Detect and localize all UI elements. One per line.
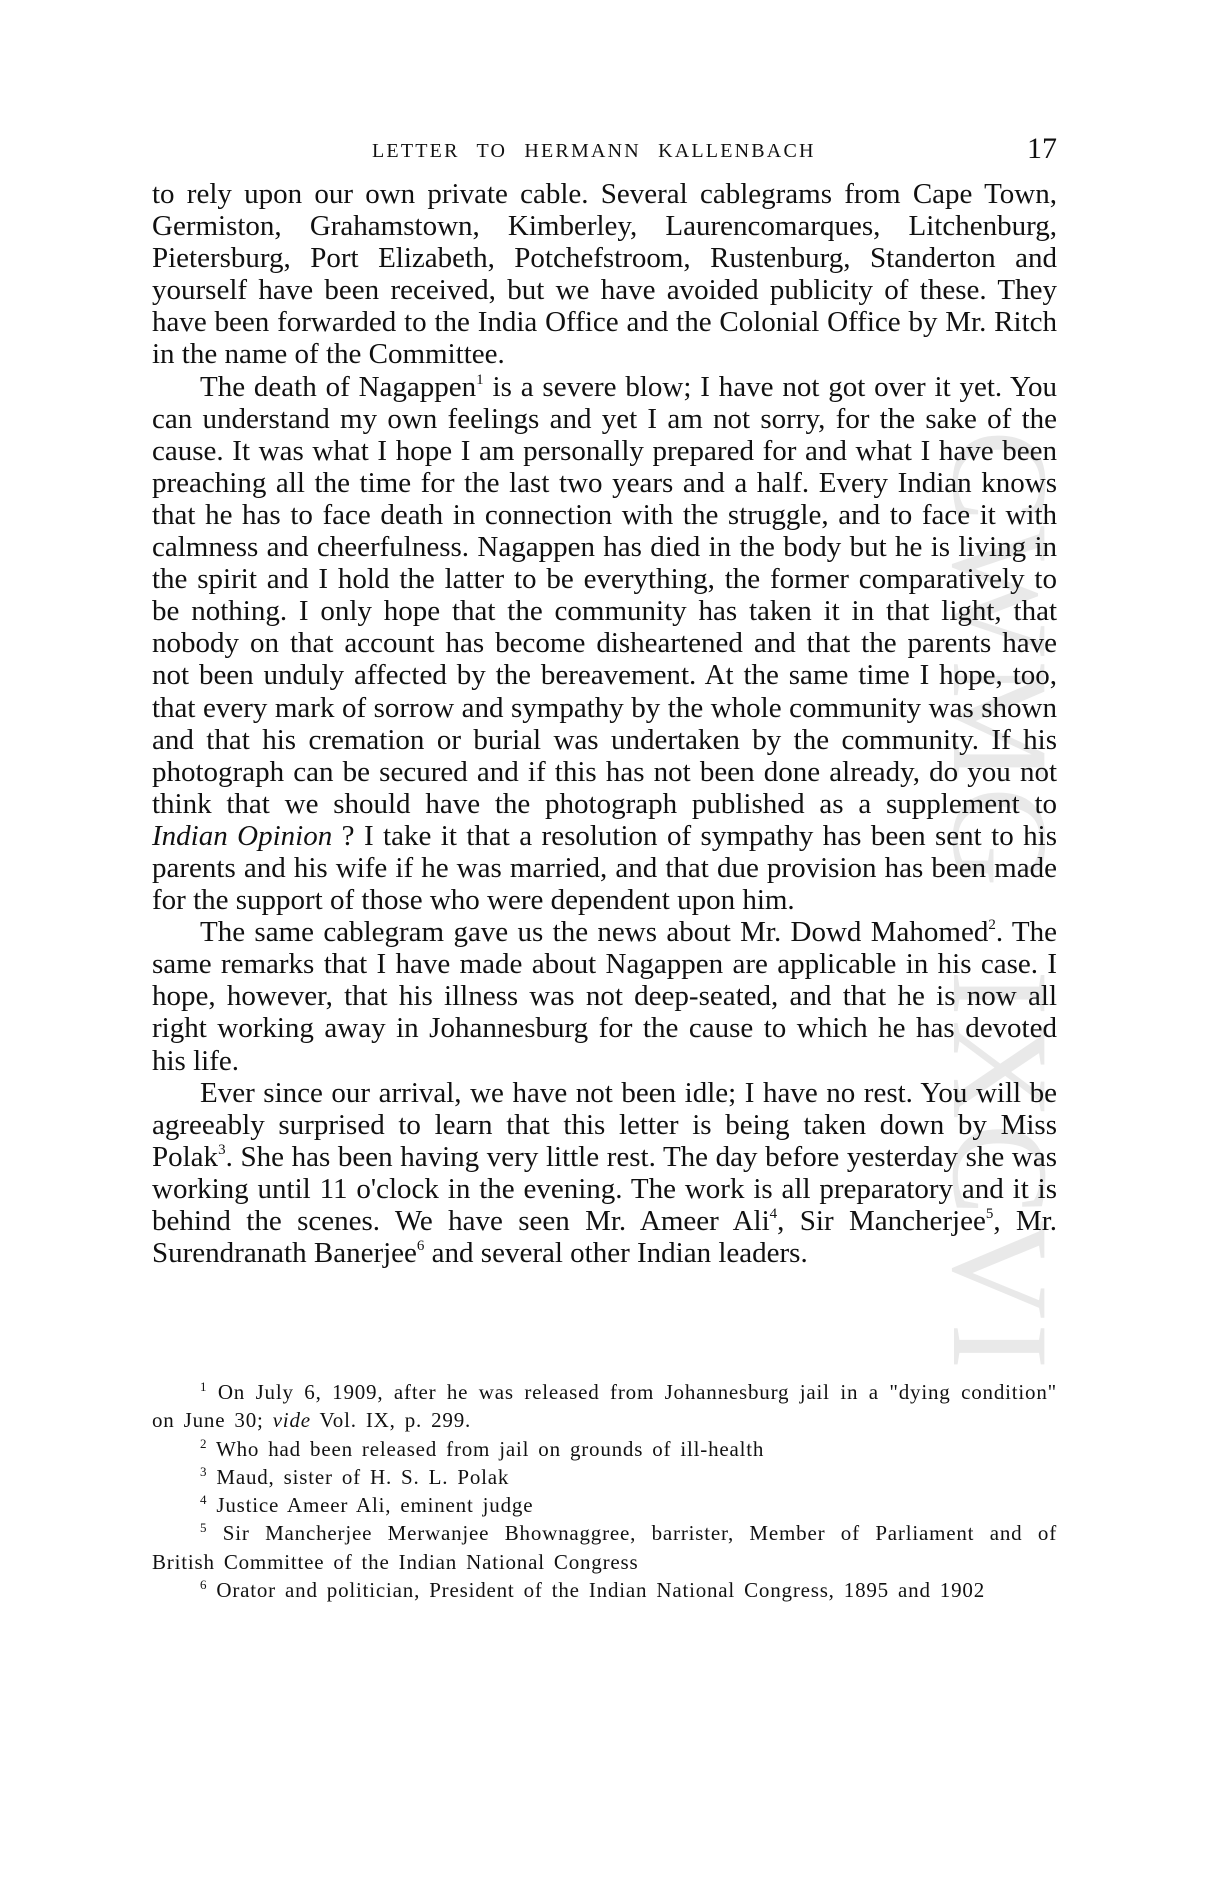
footnote-1: 1 On July 6, 1909, after he was released… bbox=[152, 1378, 1057, 1435]
footnote-2: 2 Who had been released from jail on gro… bbox=[152, 1435, 1057, 1463]
body-text: to rely upon our own private cable. Seve… bbox=[152, 178, 1057, 1269]
footnote-ref-3[interactable]: 3 bbox=[218, 1142, 226, 1158]
paragraph-4: Ever since our arrival, we have not been… bbox=[152, 1077, 1057, 1270]
page-number: 17 bbox=[1027, 132, 1057, 166]
footnote-5: 5 Sir Mancherjee Merwanjee Bhownaggree, … bbox=[152, 1519, 1057, 1576]
paragraph-3: The same cablegram gave us the news abou… bbox=[152, 916, 1057, 1076]
publication-title: Indian Opinion bbox=[152, 820, 332, 852]
paragraph-2: The death of Nagappen1 is a severe blow;… bbox=[152, 371, 1057, 917]
footnote-6: 6 Orator and politician, President of th… bbox=[152, 1576, 1057, 1604]
running-head: LETTER TO HERMANN KALLENBACH 17 bbox=[152, 136, 1057, 168]
footnote-3: 3 Maud, sister of H. S. L. Polak bbox=[152, 1463, 1057, 1491]
footnote-ref-1[interactable]: 1 bbox=[476, 372, 484, 388]
footnote-ref-2[interactable]: 2 bbox=[988, 917, 996, 933]
footnote-4: 4 Justice Ameer Ali, eminent judge bbox=[152, 1491, 1057, 1519]
running-title: LETTER TO HERMANN KALLENBACH bbox=[372, 140, 816, 163]
paragraph-1: to rely upon our own private cable. Seve… bbox=[152, 178, 1057, 371]
footnotes: 1 On July 6, 1909, after he was released… bbox=[152, 1378, 1057, 1604]
